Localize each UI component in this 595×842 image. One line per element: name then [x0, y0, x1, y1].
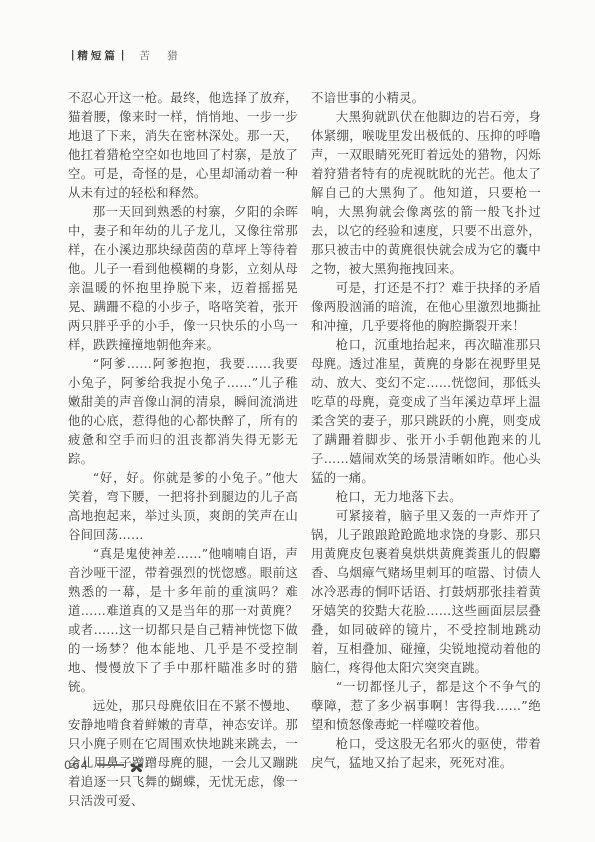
running-head: ∣ 精短篇 ∣ 苦 猎 [68, 48, 185, 63]
left-column: 不忍心开这一枪。最终，他选择了放弃，猫着腰，像来时一样，悄悄地、一步一步地退了下… [68, 88, 298, 810]
paragraph: “一切都怪儿子，都是这个不争气的孽障，惹了多少祸事啊！害得我……”绝望和愤怒像毒… [311, 677, 541, 734]
footer-rule [97, 764, 124, 765]
paragraph: 可紧接着，脑子里又轰的一声炸开了锅，儿子踉踉跄跄跪地求饶的身影、那只用黄麂皮包裹… [311, 506, 541, 677]
story-title: 苦 猎 [139, 48, 184, 63]
book-page: ∣ 精短篇 ∣ 苦 猎 不忍心开这一枪。最终，他选择了放弃，猫着腰，像来时一样，… [0, 0, 595, 842]
paragraph: 枪口，受这股无名邪火的驱使，带着戾气，猛地又抬了起来，死死对准。 [311, 734, 541, 772]
paragraph: 枪口，无力地落下去。 [311, 487, 541, 506]
paragraph: “真是鬼使神差……”他喃喃自语，声音沙哑干涩，带着强烈的恍惚感。眼前这熟悉的一幕… [68, 544, 298, 696]
paragraph: 可是，打还是不打？难于抉择的矛盾像两股汹涌的暗流，在他心里激烈地撕扯和冲撞，几乎… [311, 278, 541, 335]
series-label: 精短篇 [77, 48, 118, 63]
text-columns: 不忍心开这一枪。最终，他选择了放弃，猫着腰，像来时一样，悄悄地、一步一步地退了下… [68, 88, 541, 810]
paragraph: 大黑狗就趴伏在他脚边的岩石旁，身体紧绷，喉咙里发出极低的、压抑的呼噜声，一双眼睛… [311, 107, 541, 278]
paragraph: “好，好。你就是爹的小兔子。”他大笑着，弯下腰，一把将扑到腿边的儿子高高地抱起来… [68, 468, 298, 544]
header-bar-left: ∣ [71, 49, 74, 62]
header-bar-right: ∣ [121, 49, 124, 62]
paragraph: 不忍心开这一枪。最终，他选择了放弃，猫着腰，像来时一样，悄悄地、一步一步地退了下… [68, 88, 298, 202]
right-column: 不谙世事的小精灵。 大黑狗就趴伏在他脚边的岩石旁，身体紧绷，喉咙里发出极低的、压… [311, 88, 541, 810]
paragraph: 不谙世事的小精灵。 [311, 88, 541, 107]
paragraph: 远处，那只母麂依旧在不紧不慢地、安静地啃食着鲜嫩的青草，神态安详。那只小麂子则在… [68, 696, 298, 810]
page-number: 064 [64, 758, 89, 772]
paragraph: 枪口，沉重地抬起来，再次瞄准那只母麂。透过准星，黄麂的身影在视野里晃动、放大、变… [311, 335, 541, 487]
page-footer: 064 [64, 758, 144, 772]
paragraph: “阿爹……阿爹抱抱，我要……我要小兔子，阿爹给我捉小兔子……”儿子稚嫩甜美的声音… [68, 354, 298, 468]
butterfly-ornament-icon [129, 759, 144, 772]
paragraph: 那一天回到熟悉的村寨，夕阳的余晖中，妻子和年幼的儿子龙儿，又像往常那样，在小溪边… [68, 202, 298, 354]
